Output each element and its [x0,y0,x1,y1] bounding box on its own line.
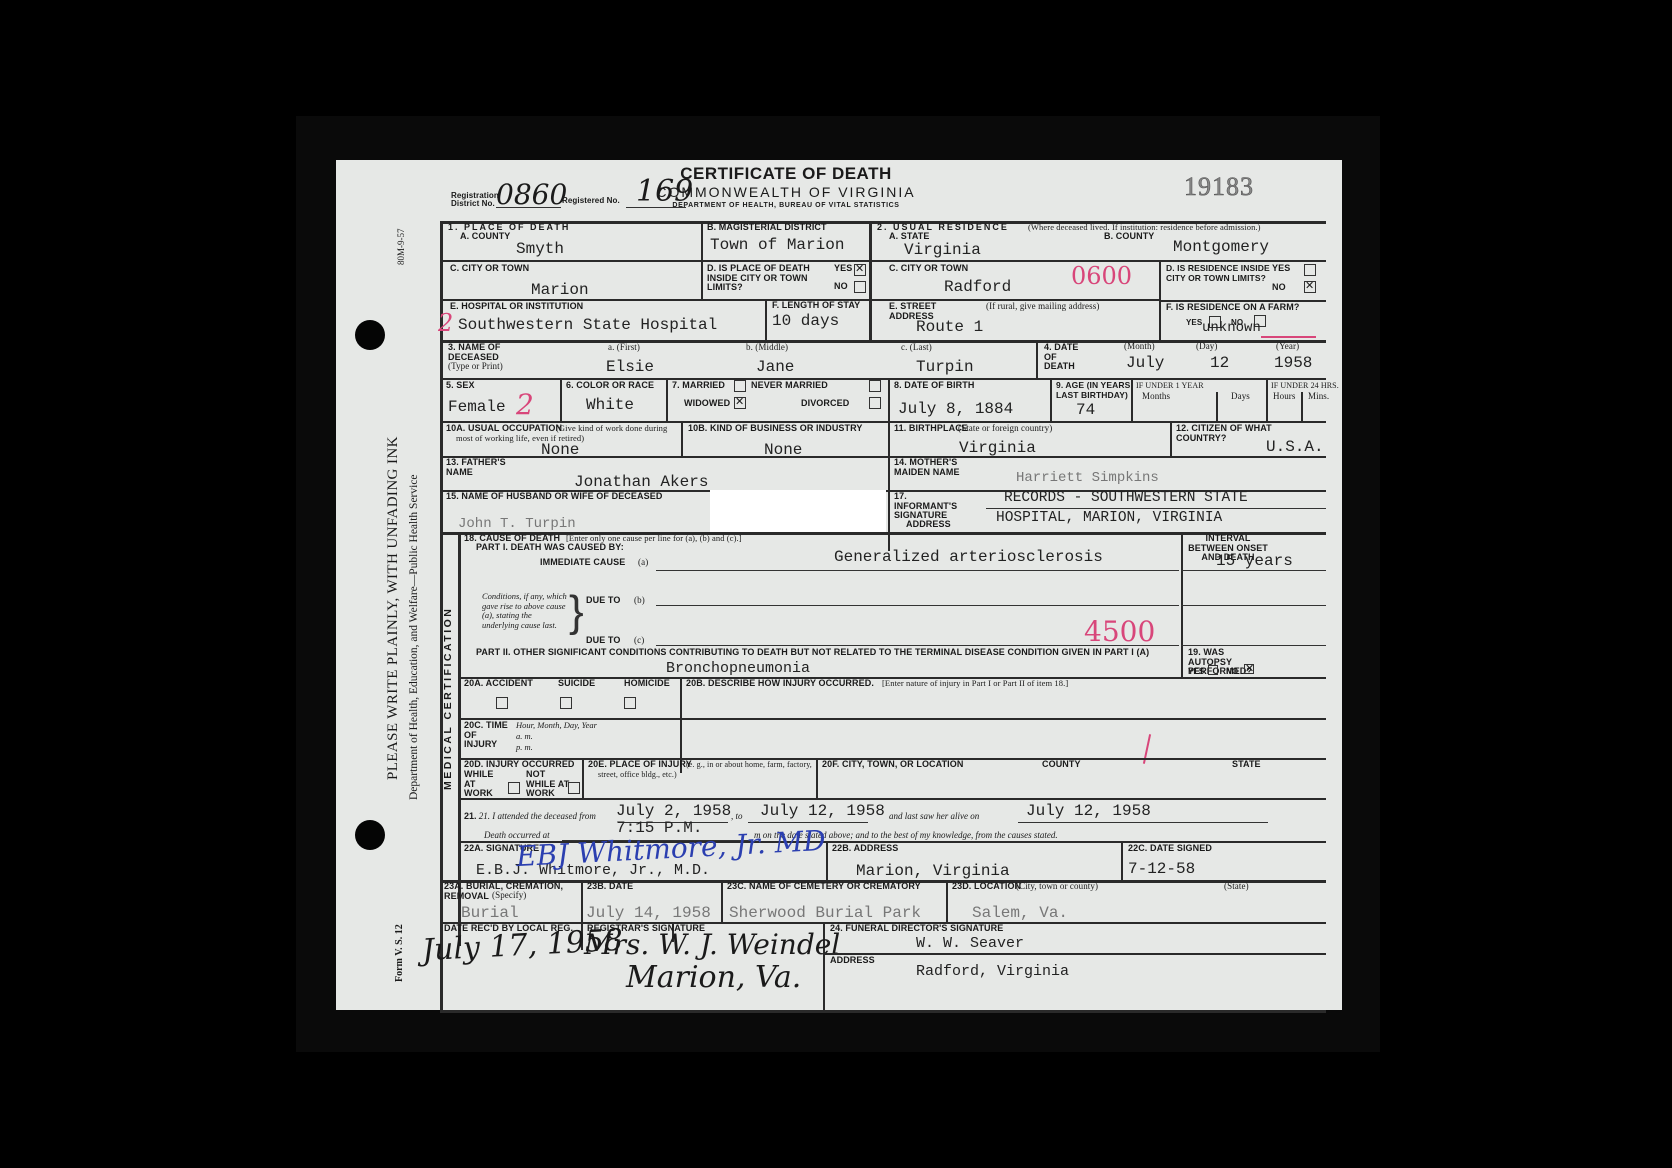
death-inside-yes-checkbox[interactable] [854,264,866,276]
spouse-label: 15. NAME OF HUSBAND OR WIFE OF DECEASED [446,492,662,502]
sex-label: 5. SEX [446,381,475,391]
dod-year-label: (Year) [1276,342,1299,352]
autopsy-no-label: NO [1226,667,1238,677]
widowed-label: WIDOWED [684,399,730,409]
date-of-birth: July 8, 1884 [898,400,1013,418]
birthplace-label: 11. BIRTHPLACE [894,424,968,434]
spouse-name: John T. Turpin [458,516,576,532]
rule [440,1010,1326,1013]
certificate-title: CERTIFICATE OF DEATH [536,164,1036,184]
deceased-name-label: 3. NAME OF DECEASED [448,343,528,362]
rule [458,798,1326,800]
brace: } [569,590,584,634]
first-name-label: a. (First) [608,343,640,353]
part2-condition: Bronchopneumonia [666,660,810,677]
accident-label: 20a. ACCIDENT [464,679,533,689]
date-signed-label: 22c. DATE SIGNED [1128,844,1212,854]
farm-label: f. IS RESIDENCE ON A FARM? [1166,303,1326,313]
res-county: Montgomery [1173,238,1269,256]
res-city-label: c. CITY OR TOWN [889,264,968,274]
pm-label: p. m. [516,742,533,752]
death-inside-yes-label: YES [834,264,852,274]
death-city-label: c. CITY OR TOWN [450,264,529,274]
street-note: (If rural, give mailing address) [986,302,1099,312]
registered-no-label: Registered No. [562,196,620,206]
farm-yes-label: YES [1186,318,1202,328]
rule [1036,340,1038,378]
registrar-location: Marion, Va. [626,960,801,995]
widowed-checkbox[interactable] [734,397,746,409]
sex: Female [448,398,506,416]
hospital-name: Southwestern State Hospital [458,316,717,334]
immediate-cause: Generalized arteriosclerosis [834,548,1103,566]
industry: None [764,441,802,459]
father-label: 13. FATHER'S NAME [446,458,506,477]
informant-label: 17. INFORMANT'S SIGNATURE [894,492,969,521]
res-city: Radford [944,278,1011,296]
describe-injury-note: [Enter nature of injury in Part I or Par… [882,679,1068,689]
burial-location-label: 23d. LOCATION [952,882,1021,892]
while-at-work-checkbox[interactable] [508,782,520,794]
funeral-director: W. W. Seaver [916,935,1024,952]
cause-a-label: (a) [638,558,648,568]
time-of-injury-note: Hour, Month, Day, Year [516,720,597,730]
physician-address: Marion, Virginia [856,862,1010,880]
informant-address-label: ADDRESS [906,520,951,530]
res-street: Route 1 [916,318,983,336]
dod-month-label: (Month) [1124,342,1155,352]
type-or-print-note: (Type or Print) [448,362,503,372]
rule [721,880,723,922]
res-county-label: b. COUNTY [1104,232,1154,242]
interval: 15 years [1216,552,1293,570]
rule [681,421,683,456]
to-line [748,822,868,823]
birthplace-note: (State or foreign country) [958,424,1052,434]
injury-county-label: COUNTY [1042,760,1081,770]
rule [1301,392,1303,421]
rule [869,221,872,341]
res-city-code: 0600 [1071,262,1132,290]
death-county: Smyth [516,240,564,258]
homicide-checkbox[interactable] [624,697,636,709]
form-code: 80M-9-57 [396,229,406,266]
inside-limits-label: d. IS PLACE OF DEATH INSIDE CITY OR TOWN… [707,264,832,293]
district-label: b. MAGISTERIAL DISTRICT [707,223,827,233]
last-name-label: c. (Last) [901,343,932,353]
suicide-label: SUICIDE [558,679,595,689]
middle-name-label: b. (Middle) [746,343,788,353]
age: 74 [1076,401,1095,419]
rule [1266,378,1268,421]
married-label: 7. MARRIED [672,381,725,391]
rule [582,758,584,798]
mother-label: 14. MOTHER'S MAIDEN NAME [894,458,984,477]
last-saw-line [1018,822,1268,823]
race: White [586,396,634,414]
injury-state-label: STATE [1232,760,1261,770]
burial-date-label: 23b. DATE [587,882,633,892]
am-label: a. m. [516,731,533,741]
interval-line-b [1181,605,1326,606]
item-21-number: 21. [464,811,477,821]
res-inside-no-checkbox[interactable] [1304,281,1316,293]
informant-underline [986,508,1326,509]
sex-code: 2 [516,388,534,421]
burial-state-label: (State) [1224,882,1249,892]
time-of-injury-label: 20c. TIME OF INJURY [464,721,509,750]
mother-maiden-name: Harriett Simpkins [1016,470,1159,486]
rule [1170,421,1172,456]
rule [440,340,1326,343]
due-to-b-label: DUE TO [586,596,620,606]
describe-injury-label: 20b. DESCRIBE HOW INJURY OCCURRED. [686,679,874,689]
length-of-stay: 10 days [772,312,839,330]
interval-line-a [1181,570,1326,571]
registered-no: 169 [636,174,693,209]
punch-hole-bottom [355,820,385,850]
months-label: Months [1142,392,1170,402]
last-saw-label: and last saw her alive on [889,811,979,821]
write-plainly-instruction: PLEASE WRITE PLAINLY, WITH UNFADING INK [385,436,402,780]
agency-line: Department of Health, Education, and Wel… [408,474,420,800]
cemetery-label: 23c. NAME OF CEMETERY OR CREMATORY [727,882,921,892]
rule [1121,841,1123,881]
industry-label: 10b. KIND OF BUSINESS OR INDUSTRY [688,424,863,434]
accident-checkbox[interactable] [496,697,508,709]
first-name: Elsie [606,358,654,376]
divorced-checkbox[interactable] [869,397,881,409]
registered-underline [626,207,686,208]
burial-type: Burial [461,904,519,922]
birthplace: Virginia [959,439,1036,457]
rule [1216,392,1218,421]
part2-label: PART II. OTHER SIGNIFICANT CONDITIONS CO… [476,648,1166,658]
form-number: Form V. S. 12 [394,924,405,982]
place-of-injury-note: (e. g., in or about home, farm, factory,… [598,760,813,779]
autopsy-no-checkbox[interactable] [1244,664,1254,674]
death-certificate: 80M-9-57 PLEASE WRITE PLAINLY, WITH UNFA… [336,160,1342,1010]
hospital-label: e. HOSPITAL OR INSTITUTION [450,302,583,312]
red-underline-mark [1261,336,1316,338]
rule [823,953,1326,955]
res-inside-yes-label: YES [1272,264,1290,274]
citizen: U.S.A. [1266,438,1324,456]
suicide-checkbox[interactable] [560,697,572,709]
burial-date: July 14, 1958 [586,904,711,922]
part1-label: PART I. DEATH WAS CAUSED BY: [476,543,624,553]
death-city: Marion [531,281,589,299]
rule [560,378,562,421]
informant: RECORDS - SOUTHWESTERN STATE [1004,490,1248,506]
never-married-label: NEVER MARRIED [751,381,828,391]
age-label: 9. AGE (In years last birthday) [1056,381,1131,400]
res-state: Virginia [904,241,981,259]
under-24-hours-label: IF UNDER 24 HRS. [1271,381,1339,391]
rule [440,260,1326,262]
dod-day-label: (Day) [1196,342,1218,352]
to-label: , to [731,811,743,821]
under-1-year-label: IF UNDER 1 YEAR [1136,381,1204,391]
registration-district-label: Registration District No. [451,192,501,208]
rule [765,299,767,341]
cause-code: 4500 [1084,615,1155,648]
never-married-checkbox[interactable] [869,380,881,392]
cemetery: Sherwood Burial Park [729,904,921,922]
due-to-c-label: DUE TO [586,636,620,646]
while-at-work-label: WHILE AT WORK [464,770,504,799]
stay-label: f. LENGTH OF STAY [772,301,862,311]
death-district: Town of Marion [710,236,844,254]
cause-b-label: (b) [634,596,645,606]
mins-label: Mins. [1308,392,1329,402]
death-inside-no-checkbox[interactable] [854,281,866,293]
hospital-code: 2 [438,309,453,337]
dod-month: July [1126,354,1164,372]
district-underline [496,207,561,208]
cause-b-line [656,605,1179,606]
last-saw-date: July 12, 1958 [1026,802,1151,820]
cause-c-label: (c) [634,636,644,646]
dod-year: 1958 [1274,354,1312,372]
injury-city-label: 20f. CITY, TOWN, OR LOCATION [822,760,963,770]
burial-location: Salem, Va. [972,904,1068,922]
autopsy-yes-checkbox[interactable] [1208,665,1218,675]
certificate-number: 19183 [1184,172,1254,202]
attended-text: 21. I attended the deceased from [479,811,596,821]
rule [946,880,948,922]
autopsy-yes-label: YES [1188,667,1204,677]
father-name: Jonathan Akers [574,473,708,491]
married-checkbox[interactable] [734,380,746,392]
dob-label: 8. DATE OF BIRTH [894,381,974,391]
death-inside-no-label: NO [834,282,848,292]
divorced-label: DIVORCED [801,399,849,409]
rule [581,880,583,922]
registrar-signature: Mrs. W. J. Weindel [584,928,840,961]
res-inside-yes-checkbox[interactable] [1304,264,1316,276]
date-signed: 7-12-58 [1128,860,1195,878]
medical-certification-label: MEDICAL CERTIFICATION [442,607,454,790]
funeral-address-label: ADDRESS [830,956,875,966]
attended-from-label: 21. 21. I attended the deceased from [464,811,596,821]
immediate-cause-label: IMMEDIATE CAUSE [540,558,625,568]
rule [888,378,890,421]
race-label: 6. COLOR OR RACE [566,381,654,391]
dod-day: 12 [1210,354,1229,372]
informant-address: HOSPITAL, MARION, VIRGINIA [996,510,1222,526]
not-while-at-work-checkbox[interactable] [568,782,580,794]
funeral-address: Radford, Virginia [916,963,1069,980]
punch-hole-top [355,320,385,350]
county-label: a. COUNTY [460,232,510,242]
res-inside-limits-label: d. IS RESIDENCE INSIDE CITY OR TOWN LIMI… [1166,264,1276,283]
occupation: None [541,441,579,459]
hours-label: Hours [1273,392,1296,402]
homicide-label: HOMICIDE [624,679,670,689]
rule [816,758,818,798]
last-name: Turpin [916,358,974,376]
date-of-death-label: 4. DATE OF DEATH [1044,343,1084,372]
conditions-note: Conditions, if any, which gave rise to a… [482,592,567,630]
rule [1050,378,1052,421]
days-label: Days [1231,392,1250,402]
rule [1131,378,1133,421]
burial-location-note: (City, town or county) [1016,882,1098,892]
attended-to-date: July 12, 1958 [760,802,885,820]
rule [826,841,828,881]
res-inside-no-label: NO [1272,283,1286,293]
rule [666,378,668,421]
burial-type-note: (Specify) [492,891,526,901]
attended-from-date: July 2, 1958 [616,802,731,820]
redacted-field-16 [710,490,886,532]
funeral-director-label: 24. FUNERAL DIRECTOR'S SIGNATURE [830,924,1003,934]
interval-line-c [1181,645,1326,646]
middle-name: Jane [756,358,794,376]
physician-address-label: 22b. ADDRESS [832,844,898,854]
cause-a-line [656,570,1179,571]
farm-value: unknown [1202,320,1261,336]
